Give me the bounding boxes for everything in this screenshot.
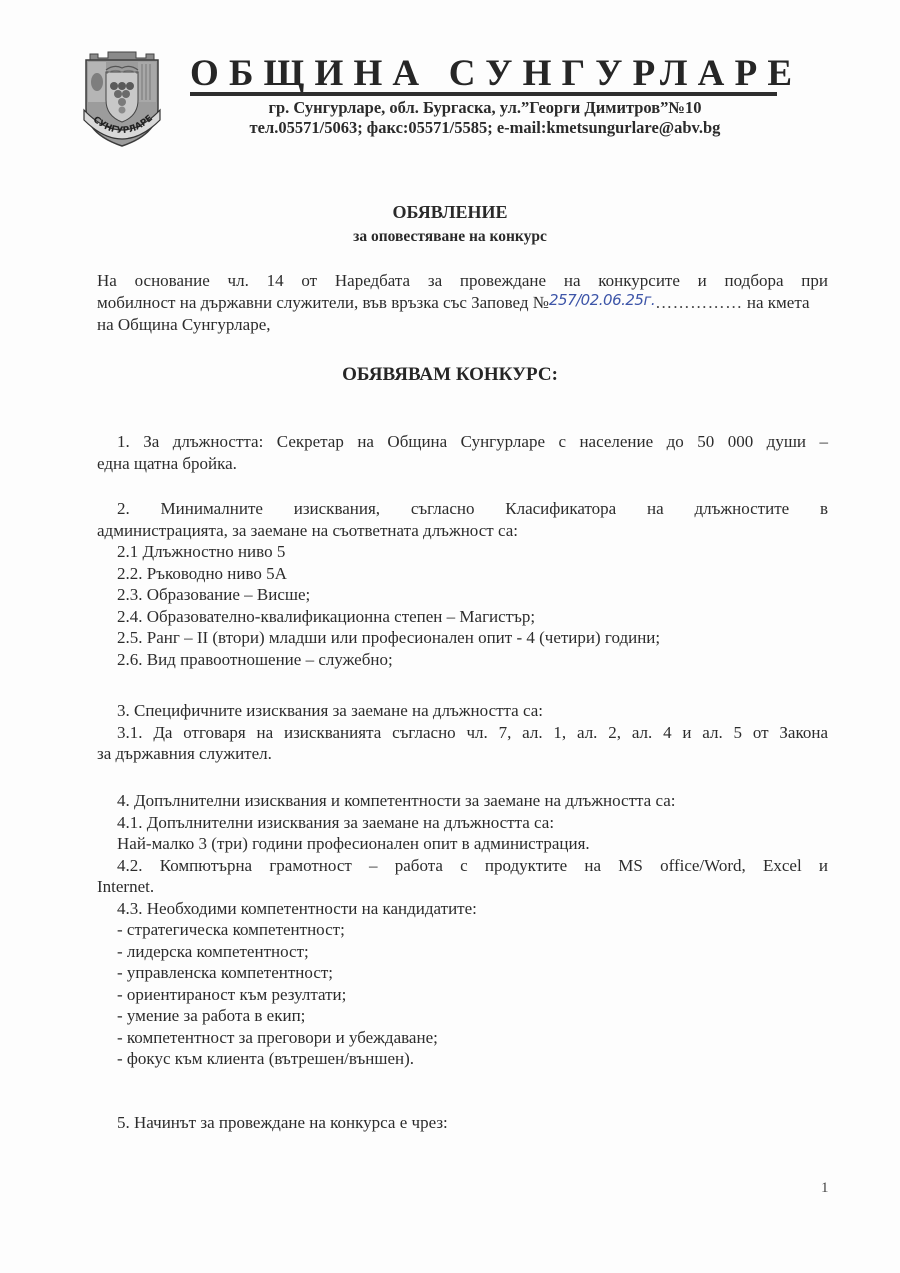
section-1-line-1: 1. За длъжността: Секретар на Община Сун…: [97, 431, 828, 453]
section-4-item-1: 4.1. Допълнителни изисквания за заемане …: [97, 812, 828, 834]
section-2-item: 2.4. Образователно-квалификационна степе…: [97, 606, 828, 628]
section-4-item-3: 4.3. Необходими компетентности на кандид…: [97, 898, 828, 920]
preamble-line-3: на Община Сунгурларе,: [97, 314, 828, 336]
coat-of-arms-logo: СУНГУРЛАРЕ: [76, 50, 168, 150]
organization-name: ОБЩИНА СУНГУРЛАРЕ: [190, 52, 780, 96]
order-number-dots: ……………: [655, 293, 743, 312]
letterhead-divider: [190, 92, 777, 96]
competency-item: - ориентираност към резултати;: [97, 984, 828, 1006]
section-4-item-1-detail: Най-малко 3 (три) години професионален о…: [97, 833, 828, 855]
section-2-item: 2.5. Ранг – II (втори) младши или профес…: [97, 627, 828, 649]
preamble-paragraph: На основание чл. 14 от Наредбата за пров…: [97, 270, 828, 336]
section-3: 3. Специфичните изисквания за заемане на…: [97, 700, 828, 765]
section-1: 1. За длъжността: Секретар на Община Сун…: [97, 431, 828, 474]
announcement-heading: ОБЯВЯВАМ КОНКУРС:: [0, 364, 900, 386]
municipal-coat-of-arms-icon: СУНГУРЛАРЕ: [76, 50, 168, 150]
section-3-item-1-line-2: за държавния служител.: [97, 743, 828, 765]
preamble-line-2-text: мобилност на държавни служители, във връ…: [97, 293, 549, 312]
organization-contacts: тел.05571/5063; факс:05571/5585; e-mail:…: [190, 118, 780, 138]
competency-item: - умение за работа в екип;: [97, 1005, 828, 1027]
section-2-item: 2.1 Длъжностно ниво 5: [97, 541, 828, 563]
document-subtitle: за оповестяване на конкурс: [0, 228, 900, 246]
competency-item: - лидерска компетентност;: [97, 941, 828, 963]
preamble-line-2-tail: на кмета: [743, 293, 810, 312]
section-5-line-1: 5. Начинът за провеждане на конкурса е ч…: [97, 1112, 828, 1134]
section-4: 4. Допълнителни изисквания и компетентно…: [97, 790, 828, 1070]
competency-item: - компетентност за преговори и убеждаван…: [97, 1027, 828, 1049]
preamble-line-1: На основание чл. 14 от Наредбата за пров…: [97, 270, 828, 292]
handwritten-order-number: 257/02.06.25г.: [549, 291, 655, 309]
section-5: 5. Начинът за провеждане на конкурса е ч…: [97, 1112, 828, 1134]
section-4-item-2-line-2: Internet.: [97, 876, 828, 898]
section-2-line-1: 2. Минималните изисквания, съгласно Клас…: [97, 498, 828, 520]
document-page: СУНГУРЛАРЕ ОБЩИНА СУНГУРЛАРЕ гр. Сунгурл…: [0, 0, 900, 1273]
document-title: ОБЯВЛЕНИЕ: [0, 202, 900, 223]
competency-item: - стратегическа компетентност;: [97, 919, 828, 941]
section-2-item: 2.3. Образование – Висше;: [97, 584, 828, 606]
section-1-line-2: една щатна бройка.: [97, 453, 828, 475]
section-3-item-1-line-1: 3.1. Да отговаря на изискванията съгласн…: [97, 722, 828, 744]
section-3-line-1: 3. Специфичните изисквания за заемане на…: [97, 700, 828, 722]
section-4-line-1: 4. Допълнителни изисквания и компетентно…: [97, 790, 828, 812]
preamble-line-2: мобилност на държавни служители, във връ…: [97, 292, 828, 315]
section-2-item: 2.6. Вид правоотношение – служебно;: [97, 649, 828, 671]
section-2-item: 2.2. Ръководно ниво 5А: [97, 563, 828, 585]
competency-item: - фокус към клиента (вътрешен/външен).: [97, 1048, 828, 1070]
section-2-line-2: администрацията, за заемане на съответна…: [97, 520, 828, 542]
page-number: 1: [821, 1180, 829, 1197]
section-4-item-2-line-1: 4.2. Компютърна грамотност – работа с пр…: [97, 855, 828, 877]
organization-address: гр. Сунгурларе, обл. Бургаска, ул.”Георг…: [190, 98, 780, 118]
section-2: 2. Минималните изисквания, съгласно Клас…: [97, 498, 828, 670]
competency-item: - управленска компетентност;: [97, 962, 828, 984]
